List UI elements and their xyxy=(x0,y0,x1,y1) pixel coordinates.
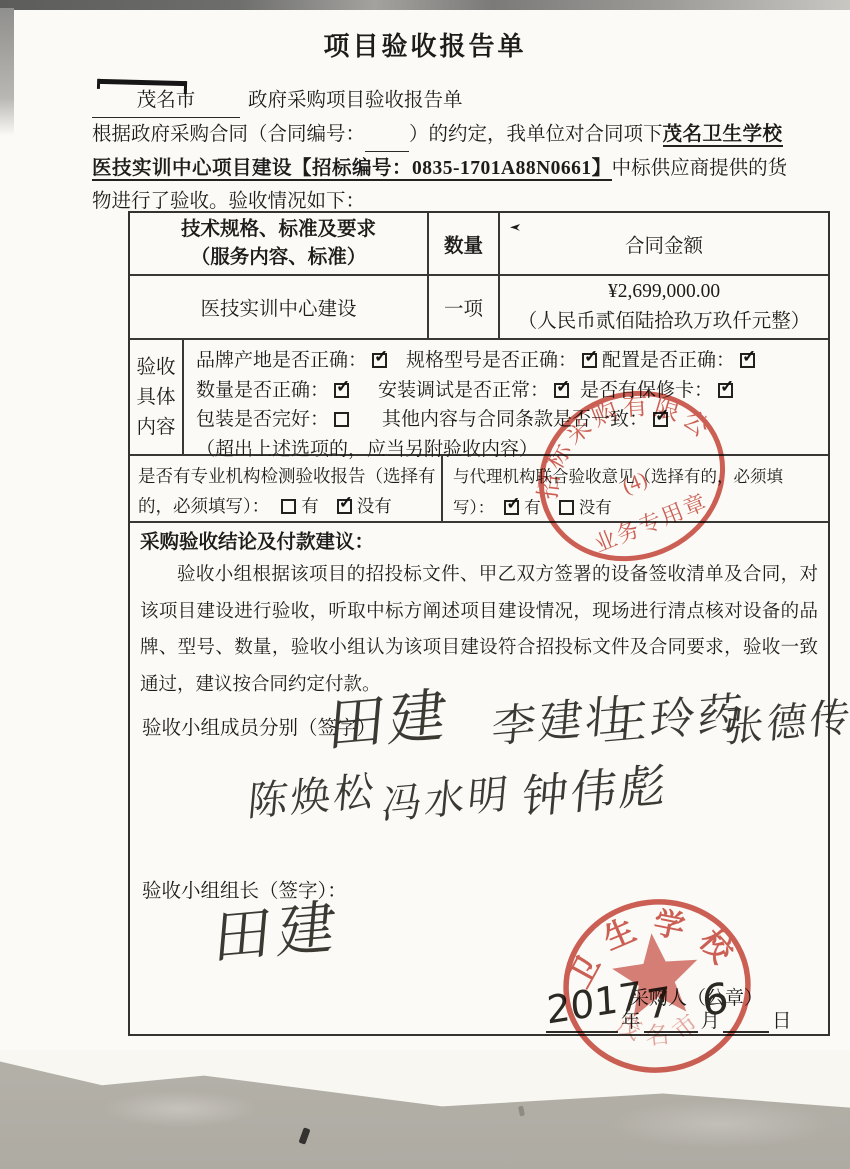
q-configuration: 配置是否正确： xyxy=(602,350,735,371)
intro-line-3: 医技实训中心项目建设【招标编号：0835-1701A88N0661】中标供应商提… xyxy=(92,152,820,185)
intro-line-2: 根据政府采购合同（合同编号：）的约定，我单位对合同项下茂名卫生学校 xyxy=(92,118,820,152)
item-qty-cell: 一项 xyxy=(429,276,500,340)
inspection-line-2: 数量是否正确：✓安装调试是否正常：✓是否有保修卡：✓ xyxy=(196,376,828,406)
inspection-line-1: 品牌产地是否正确：✓规格型号是否正确：✓配置是否正确：✓ xyxy=(196,346,828,376)
signature-scribble: 冯水明 xyxy=(380,762,514,831)
page-title: 项目验收报告单 xyxy=(0,26,850,63)
inspection-line-3: 包装是否完好：其他内容与合同条款是否一致：✓ xyxy=(196,405,828,435)
project-name-part2: 医技实训中心项目建设【招标编号：0835-1701A88N0661】 xyxy=(92,158,612,181)
checkbox-unchecked xyxy=(281,499,296,514)
checkbox-checked: ✓ xyxy=(334,383,349,398)
project-name-part1: 茂名卫生学校 xyxy=(663,124,783,147)
report-left-line2-text: 的，必须填写）： xyxy=(138,496,269,516)
scan-edge-top xyxy=(0,0,850,10)
header-spec-column: 技术规格、标准及要求 （服务内容、标准） xyxy=(130,213,429,276)
day-unit: 日 xyxy=(772,1011,792,1032)
scanned-acceptance-report: { "glyphs": { "check": "✓" }, "title": "… xyxy=(0,0,850,1169)
agency-seal-number: (4) xyxy=(619,467,651,498)
signature-scribble: 张德传 xyxy=(722,685,850,754)
checkbox-checked: ✓ xyxy=(372,353,387,368)
svg-text:茂名市: 茂名市 xyxy=(610,1002,714,1054)
checkbox-checked: ✓ xyxy=(740,353,755,368)
intro-paragraph: 茂名市政府采购项目验收报告单 根据政府采购合同（合同编号：）的约定，我单位对合同… xyxy=(92,84,820,218)
checkbox-checked: ✓ xyxy=(504,500,519,515)
scan-edge-left xyxy=(0,8,14,136)
agency-seal-bottom-text: 业务专用章 xyxy=(591,489,712,557)
intro-line2-pre: 根据政府采购合同（合同编号： xyxy=(92,124,365,145)
agency-round-seal: 招标采购有限公 (4) 业务专用章 xyxy=(532,388,732,568)
option-have: 有 xyxy=(301,496,319,516)
checkbox-checked: ✓ xyxy=(337,499,352,514)
header-spec-line1: 技术规格、标准及要求 xyxy=(181,216,376,244)
report-left-line2: 的，必须填写）：有✓没有 xyxy=(138,491,441,521)
signature-scribble: 陈焕松 xyxy=(246,759,380,828)
intro-line-1: 茂名市政府采购项目验收报告单 xyxy=(92,84,820,118)
conclusion-label: 采购验收结论及付款建议： xyxy=(140,526,374,554)
q-packaging: 包装是否完好： xyxy=(196,409,329,430)
signature-scribble: 钟伟彪 xyxy=(519,748,671,828)
leader-signature-scribble: 田建 xyxy=(211,879,346,975)
header-amount-label: 合同金额 xyxy=(625,230,703,258)
intro-line3-rest: 中标供应商提供的货 xyxy=(612,158,788,179)
signature-scribble: 田建 xyxy=(325,667,454,763)
q-brand-origin: 品牌产地是否正确： xyxy=(196,350,367,371)
header-qty-column: 数量 xyxy=(429,213,500,276)
stray-cursor-mark xyxy=(510,224,520,233)
intro-line1-text: 政府采购项目验收报告单 xyxy=(248,90,463,111)
q-installation: 安装调试是否正常： xyxy=(378,380,549,401)
report-left-line1: 是否有专业机构检测验收报告（选择有 xyxy=(138,461,441,491)
item-name-cell: 医技实训中心建设 xyxy=(130,276,429,340)
checkbox-checked: ✓ xyxy=(582,353,597,368)
inspection-report-cell: 是否有专业机构检测验收报告（选择有 的，必须填写）：有✓没有 xyxy=(130,456,443,523)
amount-numeric: ¥2,699,000.00 xyxy=(608,277,720,307)
pen-dash-mark xyxy=(98,79,186,94)
item-amount-cell: ¥2,699,000.00 （人民币贰佰陆拾玖万玖仟元整） xyxy=(500,276,828,340)
option-none: 没有 xyxy=(357,496,392,516)
header-spec-line2: （服务内容、标准） xyxy=(191,244,367,272)
contract-no-blank xyxy=(365,128,409,152)
header-amount-column: 合同金额 xyxy=(500,213,828,276)
q-quantity: 数量是否正确： xyxy=(196,380,329,401)
checkbox-unchecked xyxy=(334,412,349,427)
school-round-seal: 卫生学校 茂名市 xyxy=(557,893,763,1093)
amount-in-words: （人民币贰佰陆拾玖万玖仟元整） xyxy=(518,307,811,337)
inspection-side-label: 验收具体内容 xyxy=(130,340,184,456)
school-seal-bottom-arc-text: 茂名市 xyxy=(610,1002,714,1054)
joint-right-line2-text: 写）： xyxy=(453,498,494,517)
q-spec-model: 规格型号是否正确： xyxy=(406,350,577,371)
intro-line2-mid: ）的约定，我单位对合同项下 xyxy=(409,124,663,145)
